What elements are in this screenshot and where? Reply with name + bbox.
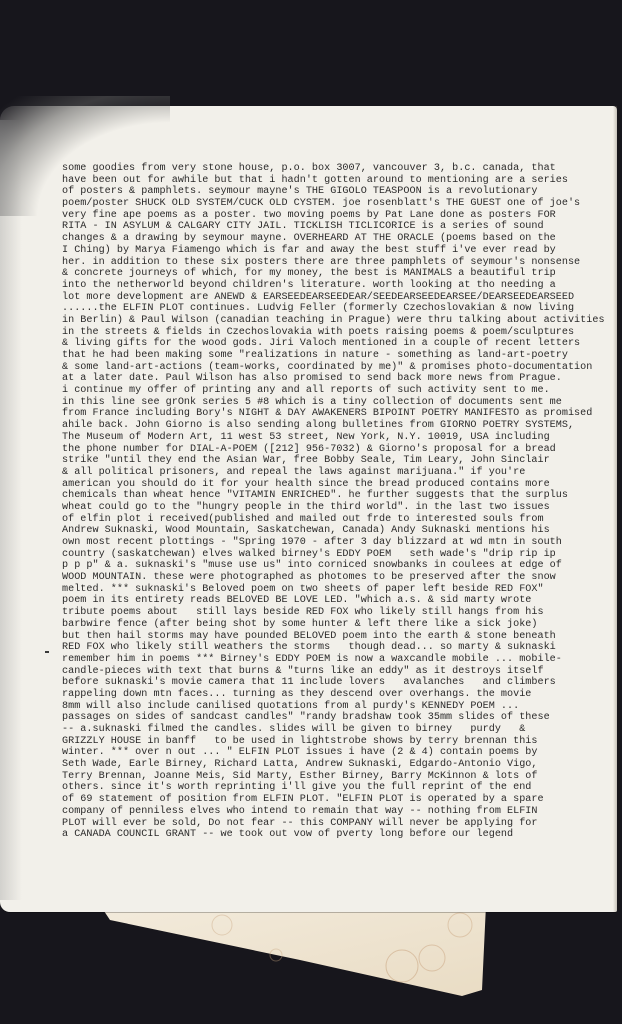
text-line: i continue my offer of printing any and … xyxy=(62,385,622,397)
text-line: & living gifts for the wood gods. Jiri V… xyxy=(62,338,622,350)
text-line: winter. *** over n out ... " ELFIN PLOT … xyxy=(62,747,622,759)
text-line: wheat could go to the "hungry people in … xyxy=(62,502,622,514)
text-line: in this line see grOnk series 5 #8 which… xyxy=(62,397,622,409)
text-line: into the netherworld beyond children's l… xyxy=(62,280,622,292)
text-line: before suknaski's movie camera that 11 i… xyxy=(62,677,622,689)
text-line: barbwire fence (after being shot by some… xyxy=(62,619,622,631)
text-line: chemicals than wheat hence "VITAMIN ENRI… xyxy=(62,490,622,502)
text-line: that he had been making some "realizatio… xyxy=(62,350,622,362)
text-line: p p p" & a. suknaski's "muse use us" int… xyxy=(62,560,622,572)
text-line: others. since it's worth reprinting i'll… xyxy=(62,782,622,794)
text-line: company of penniless elves who intend to… xyxy=(62,806,622,818)
text-line: in Berlin) & Paul Wilson (canadian teach… xyxy=(62,315,622,327)
text-line: of posters & pamphlets. seymour mayne's … xyxy=(62,186,622,198)
text-line: ......the ELFIN PLOT continues. Ludvig F… xyxy=(62,303,622,315)
text-line: RITA - IN ASYLUM & CALGARY CITY JAIL. TI… xyxy=(62,221,622,233)
text-line: changes & a drawing by seymour mayne. OV… xyxy=(62,233,622,245)
margin-mark xyxy=(45,651,49,653)
text-line: country (saskatchewan) elves walked birn… xyxy=(62,549,622,561)
text-line: Andrew Suknaski, Wood Mountain, Saskatch… xyxy=(62,525,622,537)
text-line: candle-pieces with text that burns & "tu… xyxy=(62,666,622,678)
typewritten-text: some goodies from very stone house, p.o.… xyxy=(62,163,622,841)
text-line: have been out for awhile but that i hadn… xyxy=(62,175,622,187)
text-line: ahile back. John Giorno is also sending … xyxy=(62,420,622,432)
text-line: some goodies from very stone house, p.o.… xyxy=(62,163,622,175)
text-line: in the streets & fields in Czechoslovaki… xyxy=(62,327,622,339)
text-line: PLOT will ever be sold, Do not fear -- t… xyxy=(62,818,622,830)
text-line: I Ching) by Marya Fiamengo which is far … xyxy=(62,245,622,257)
text-line: own most recent plottings - "Spring 1970… xyxy=(62,537,622,549)
text-line: rappeling down mtn faces... turning as t… xyxy=(62,689,622,701)
text-line: of elfin plot i received(published and m… xyxy=(62,514,622,526)
text-line: 8mm will also include canilised quotatio… xyxy=(62,701,622,713)
text-line: The Museum of Modern Art, 11 west 53 str… xyxy=(62,432,622,444)
text-line: remember him in poems *** Birney's EDDY … xyxy=(62,654,622,666)
text-line: melted. *** suknaski's Beloved poem on t… xyxy=(62,584,622,596)
text-line: Terry Brennan, Joanne Meis, Sid Marty, E… xyxy=(62,771,622,783)
text-line: -- a.suknaski filmed the candles. slides… xyxy=(62,724,622,736)
text-line: & concrete journeys of which, for my mon… xyxy=(62,268,622,280)
text-line: a CANADA COUNCIL GRANT -- we took out vo… xyxy=(62,829,622,841)
text-line: american you should do it for your healt… xyxy=(62,479,622,491)
text-line: very fine ape poems as a poster. two mov… xyxy=(62,210,622,222)
text-line: Seth Wade, Earle Birney, Richard Latta, … xyxy=(62,759,622,771)
text-line: of 69 statement of position from ELFIN P… xyxy=(62,794,622,806)
text-line: at a later date. Paul Wilson has also pr… xyxy=(62,373,622,385)
text-line: GRIZZLY HOUSE in banff to be used in lig… xyxy=(62,736,622,748)
text-line: lot more development are ANEWD & EARSEED… xyxy=(62,292,622,304)
text-line: passages on sides of sandcast candles" "… xyxy=(62,712,622,724)
text-line: & all political prisoners, and repeal th… xyxy=(62,467,622,479)
text-line: WOOD MOUNTAIN. these were photographed a… xyxy=(62,572,622,584)
text-line: poem in its entirety reads BELOVED BE LO… xyxy=(62,595,622,607)
text-line: strike "until they end the Asian War, fr… xyxy=(62,455,622,467)
text-line: tribute poems about still lays beside RE… xyxy=(62,607,622,619)
text-line: poem/poster SHUCK OLD SYSTEM/CUCK OLD CY… xyxy=(62,198,622,210)
text-line: RED FOX who likely still weathers the st… xyxy=(62,642,622,654)
scanned-document-scene: some goodies from very stone house, p.o.… xyxy=(0,0,622,1024)
text-line: the phone number for DIAL-A-POEM ([212] … xyxy=(62,444,622,456)
text-line: & some land-art-actions (team-works, coo… xyxy=(62,362,622,374)
text-line: from France including Bory's NIGHT & DAY… xyxy=(62,408,622,420)
text-line: her. in addition to these six posters th… xyxy=(62,257,622,269)
text-line: but then hail storms may have pounded BE… xyxy=(62,631,622,643)
